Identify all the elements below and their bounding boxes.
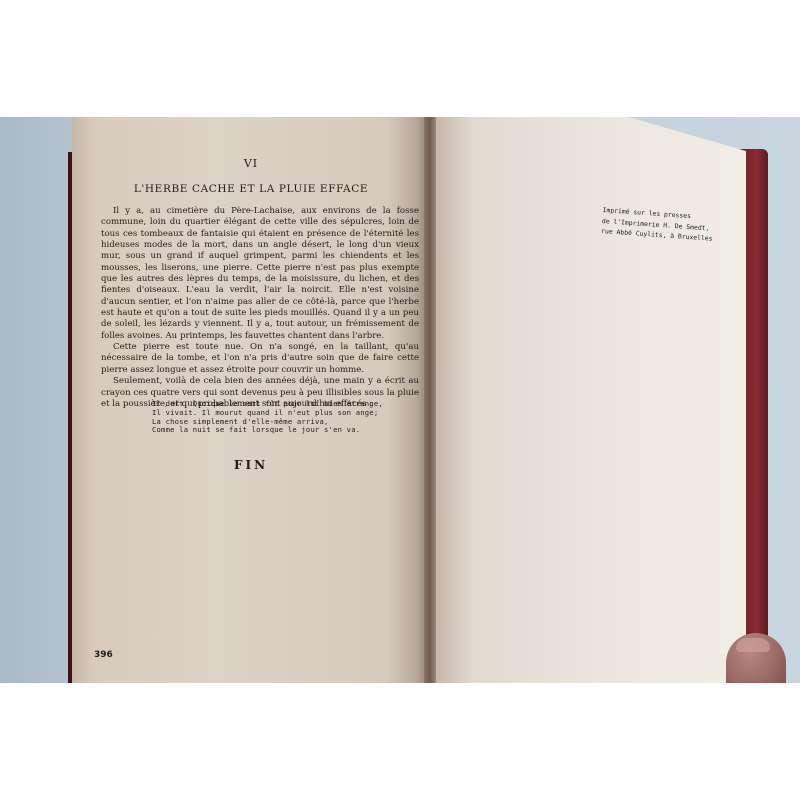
page-number: 396 <box>94 650 113 660</box>
chapter-body: Il y a, au cimetière du Père-Lachaise, a… <box>101 206 419 410</box>
paragraph: Il y a, au cimetière du Père-Lachaise, a… <box>101 206 419 342</box>
epitaph-poem: Il dort. Quoique le sort fût pour lui bi… <box>152 400 422 435</box>
right-page <box>436 117 746 683</box>
thumbnail <box>736 638 770 652</box>
book-photo: VI L'HERBE CACHE ET LA PLUIE EFFACE Il y… <box>0 117 800 683</box>
chapter-number: VI <box>72 157 430 170</box>
book-gutter <box>424 117 436 683</box>
poem-line: Comme la nuit se fait lorsque le jour s'… <box>152 426 422 435</box>
paragraph: Cette pierre est toute nue. On n'a songé… <box>101 342 419 376</box>
chapter-title: L'HERBE CACHE ET LA PLUIE EFFACE <box>72 183 430 195</box>
end-mark: FIN <box>72 458 430 472</box>
